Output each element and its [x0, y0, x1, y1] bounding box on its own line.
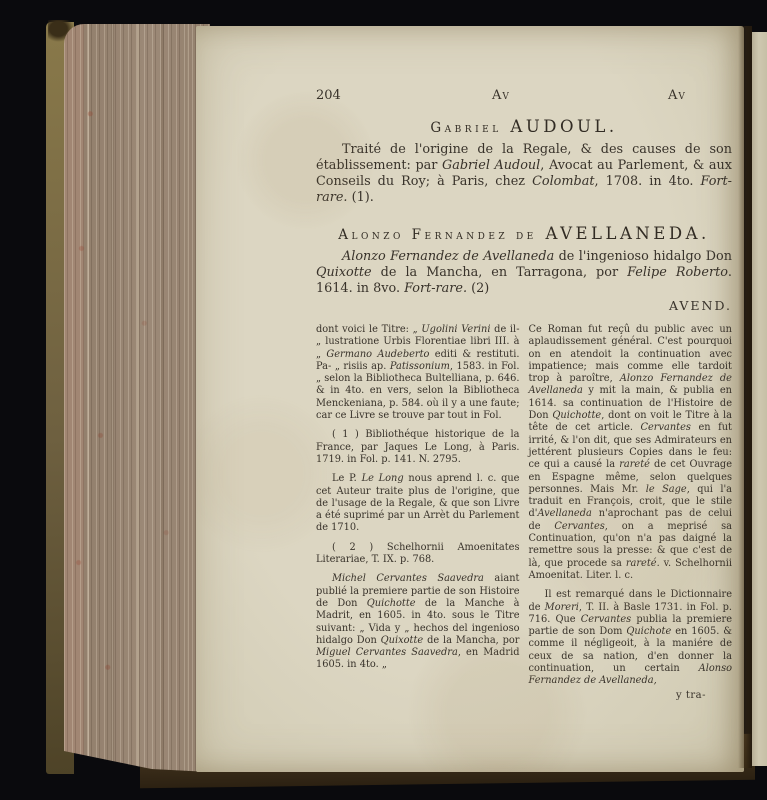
- entry-body-audoul: Traité de l'origine de la Regale, & des …: [316, 142, 732, 206]
- catchword-y-tra: y tra-: [529, 690, 733, 701]
- facing-page-sliver: [752, 32, 767, 766]
- footnote-2: ( 2 ) Schelhornii Amoenitates Literariae…: [316, 542, 520, 567]
- right-paragraph-moreri: Il est remarqué dans le Dictionnaire de …: [529, 589, 733, 687]
- two-column-section: dont voici le Titre: „ Ugolini Verini de…: [316, 324, 732, 701]
- book-gutter-shadow: [738, 26, 752, 768]
- running-head: 204 Av Av: [316, 88, 732, 103]
- left-paragraph-le-long: Le P. Le Long nous aprend l. c. que cet …: [316, 473, 520, 534]
- left-paragraph-title-continuation: dont voici le Titre: „ Ugolini Verini de…: [316, 324, 520, 422]
- entry-heading-avellaneda: Alonzo Fernandez de AVELLANEDA.: [316, 217, 732, 245]
- left-column: dont voici le Titre: „ Ugolini Verini de…: [316, 324, 520, 701]
- catchword-avend: AVEND.: [316, 298, 732, 313]
- book-page-edges: [64, 24, 210, 772]
- entry-heading-audoul: Gabriel AUDOUL.: [316, 110, 732, 138]
- footnote-1: ( 1 ) Bibliothéque historique de la Fran…: [316, 429, 520, 466]
- book-page: 204 Av Av Gabriel AUDOUL. Traité de l'or…: [196, 26, 744, 772]
- right-column: Ce Roman fut reçû du public avec un apla…: [529, 324, 733, 701]
- page-text-block: 204 Av Av Gabriel AUDOUL. Traité de l'or…: [316, 88, 732, 701]
- page-number: 204: [316, 88, 434, 103]
- running-head-right: Av: [612, 88, 732, 103]
- book-scan: 204 Av Av Gabriel AUDOUL. Traité de l'or…: [0, 0, 767, 800]
- right-paragraph-roman: Ce Roman fut reçû du public avec un apla…: [529, 324, 733, 582]
- left-paragraph-cervantes: Michel Cervantes Saavedra aiant publié l…: [316, 573, 520, 671]
- entry-body-avellaneda: Alonzo Fernandez de Avellaneda de l'inge…: [316, 249, 732, 297]
- running-head-left: Av: [434, 88, 612, 103]
